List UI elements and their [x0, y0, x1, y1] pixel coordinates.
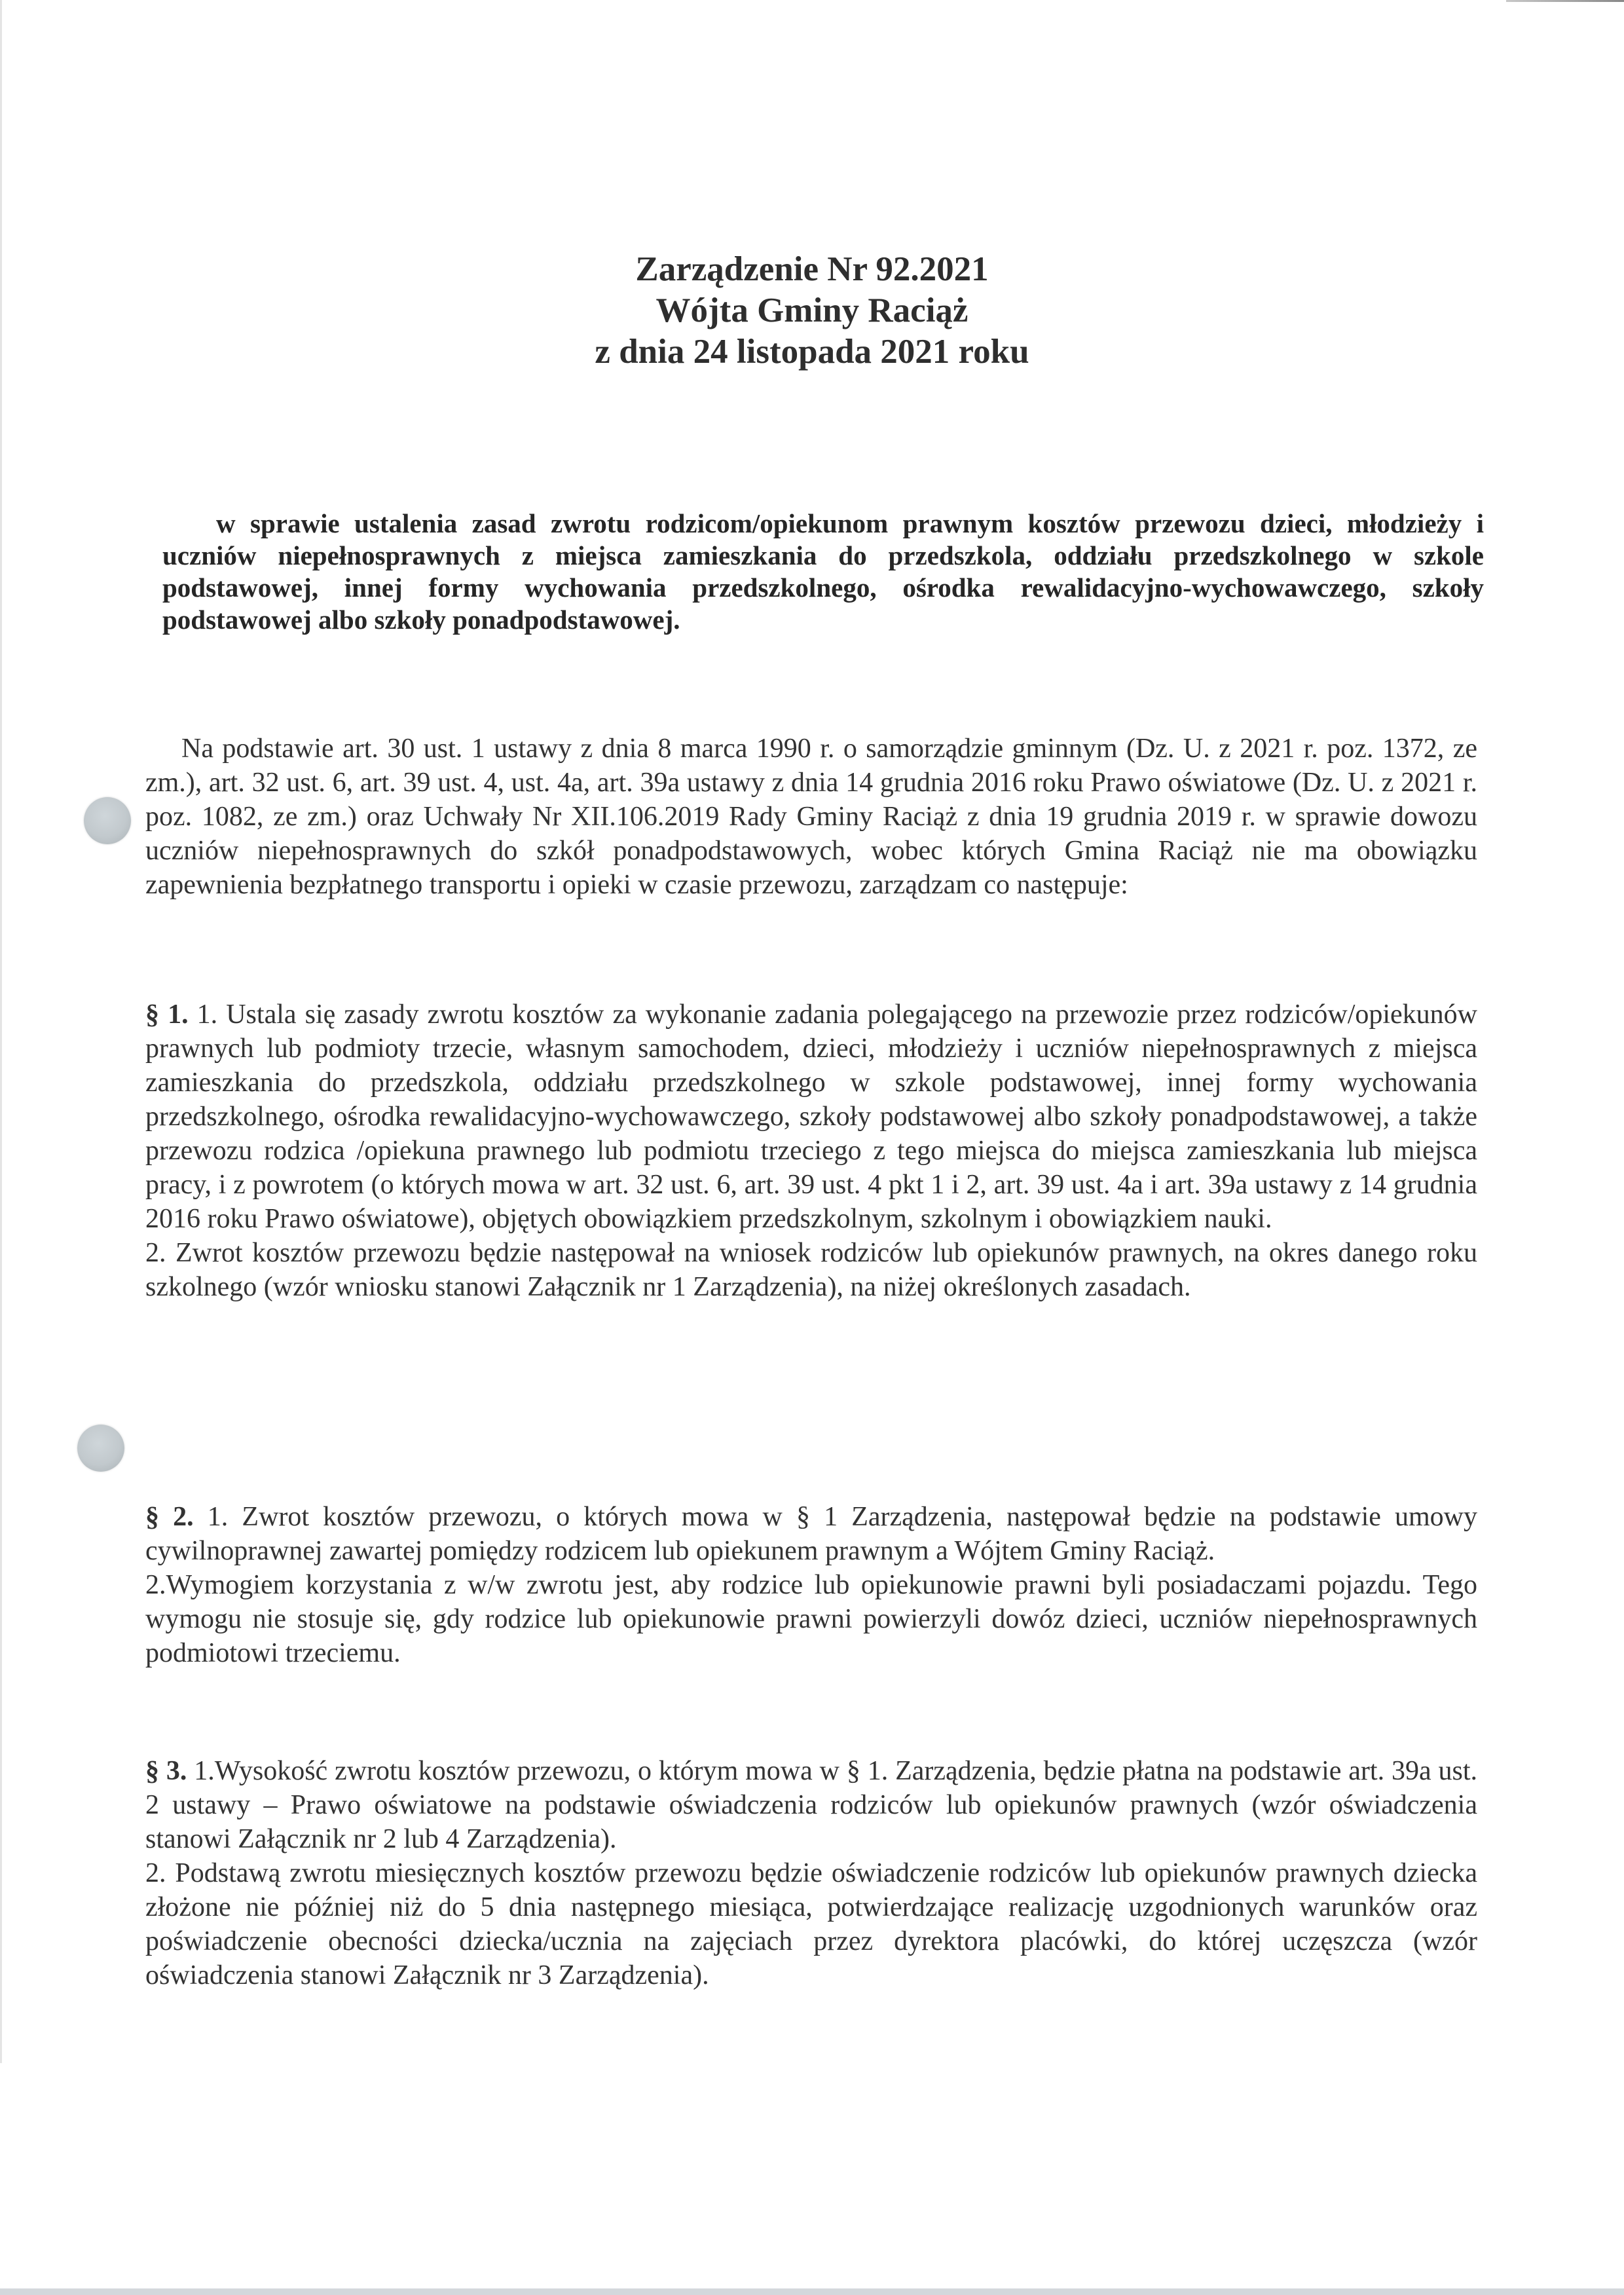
- section-2-paragraph-1: § 2. 1. Zwrot kosztów przewozu, o któryc…: [145, 1500, 1477, 1568]
- legal-basis-preamble: Na podstawie art. 30 ust. 1 ustawy z dni…: [145, 732, 1477, 902]
- section-2-paragraph-2: 2.Wymogiem korzystania z w/w zwrotu jest…: [145, 1568, 1477, 1670]
- title-date: z dnia 24 listopada 2021 roku: [0, 331, 1624, 373]
- punch-hole-icon: [77, 1425, 124, 1472]
- section-3-paragraph-1: § 3. 1.Wysokość zwrotu kosztów przewozu,…: [145, 1754, 1477, 1856]
- section-1-paragraph-2: 2. Zwrot kosztów przewozu będzie następo…: [145, 1236, 1477, 1304]
- section-1-paragraph-1: § 1. 1. Ustala się zasady zwrotu kosztów…: [145, 998, 1477, 1236]
- punch-hole-icon: [84, 797, 131, 844]
- section-1: § 1. 1. Ustala się zasady zwrotu kosztów…: [145, 998, 1477, 1304]
- scan-top-edge: [1506, 0, 1624, 2]
- title-ordinance-number: Zarządzenie Nr 92.2021: [0, 249, 1624, 290]
- section-3: § 3. 1.Wysokość zwrotu kosztów przewozu,…: [145, 1754, 1477, 1992]
- title-issuer: Wójta Gminy Raciąż: [0, 290, 1624, 331]
- document-title: Zarządzenie Nr 92.2021 Wójta Gminy Racią…: [0, 249, 1624, 373]
- scan-bottom-edge: [0, 2288, 1624, 2295]
- section-2: § 2. 1. Zwrot kosztów przewozu, o któryc…: [145, 1500, 1477, 1670]
- section-mark: § 2.: [145, 1502, 194, 1532]
- paragraph-text: 1. Ustala się zasady zwrotu kosztów za w…: [145, 999, 1477, 1234]
- paragraph-text: 1. Zwrot kosztów przewozu, o których mow…: [145, 1502, 1477, 1566]
- section-mark: § 1.: [145, 999, 189, 1030]
- section-mark: § 3.: [145, 1756, 187, 1786]
- paragraph-text: 1.Wysokość zwrotu kosztów przewozu, o kt…: [145, 1756, 1477, 1854]
- section-3-paragraph-2: 2. Podstawą zwrotu miesięcznych kosztów …: [145, 1856, 1477, 1992]
- document-subject: w sprawie ustalenia zasad zwrotu rodzico…: [162, 508, 1484, 636]
